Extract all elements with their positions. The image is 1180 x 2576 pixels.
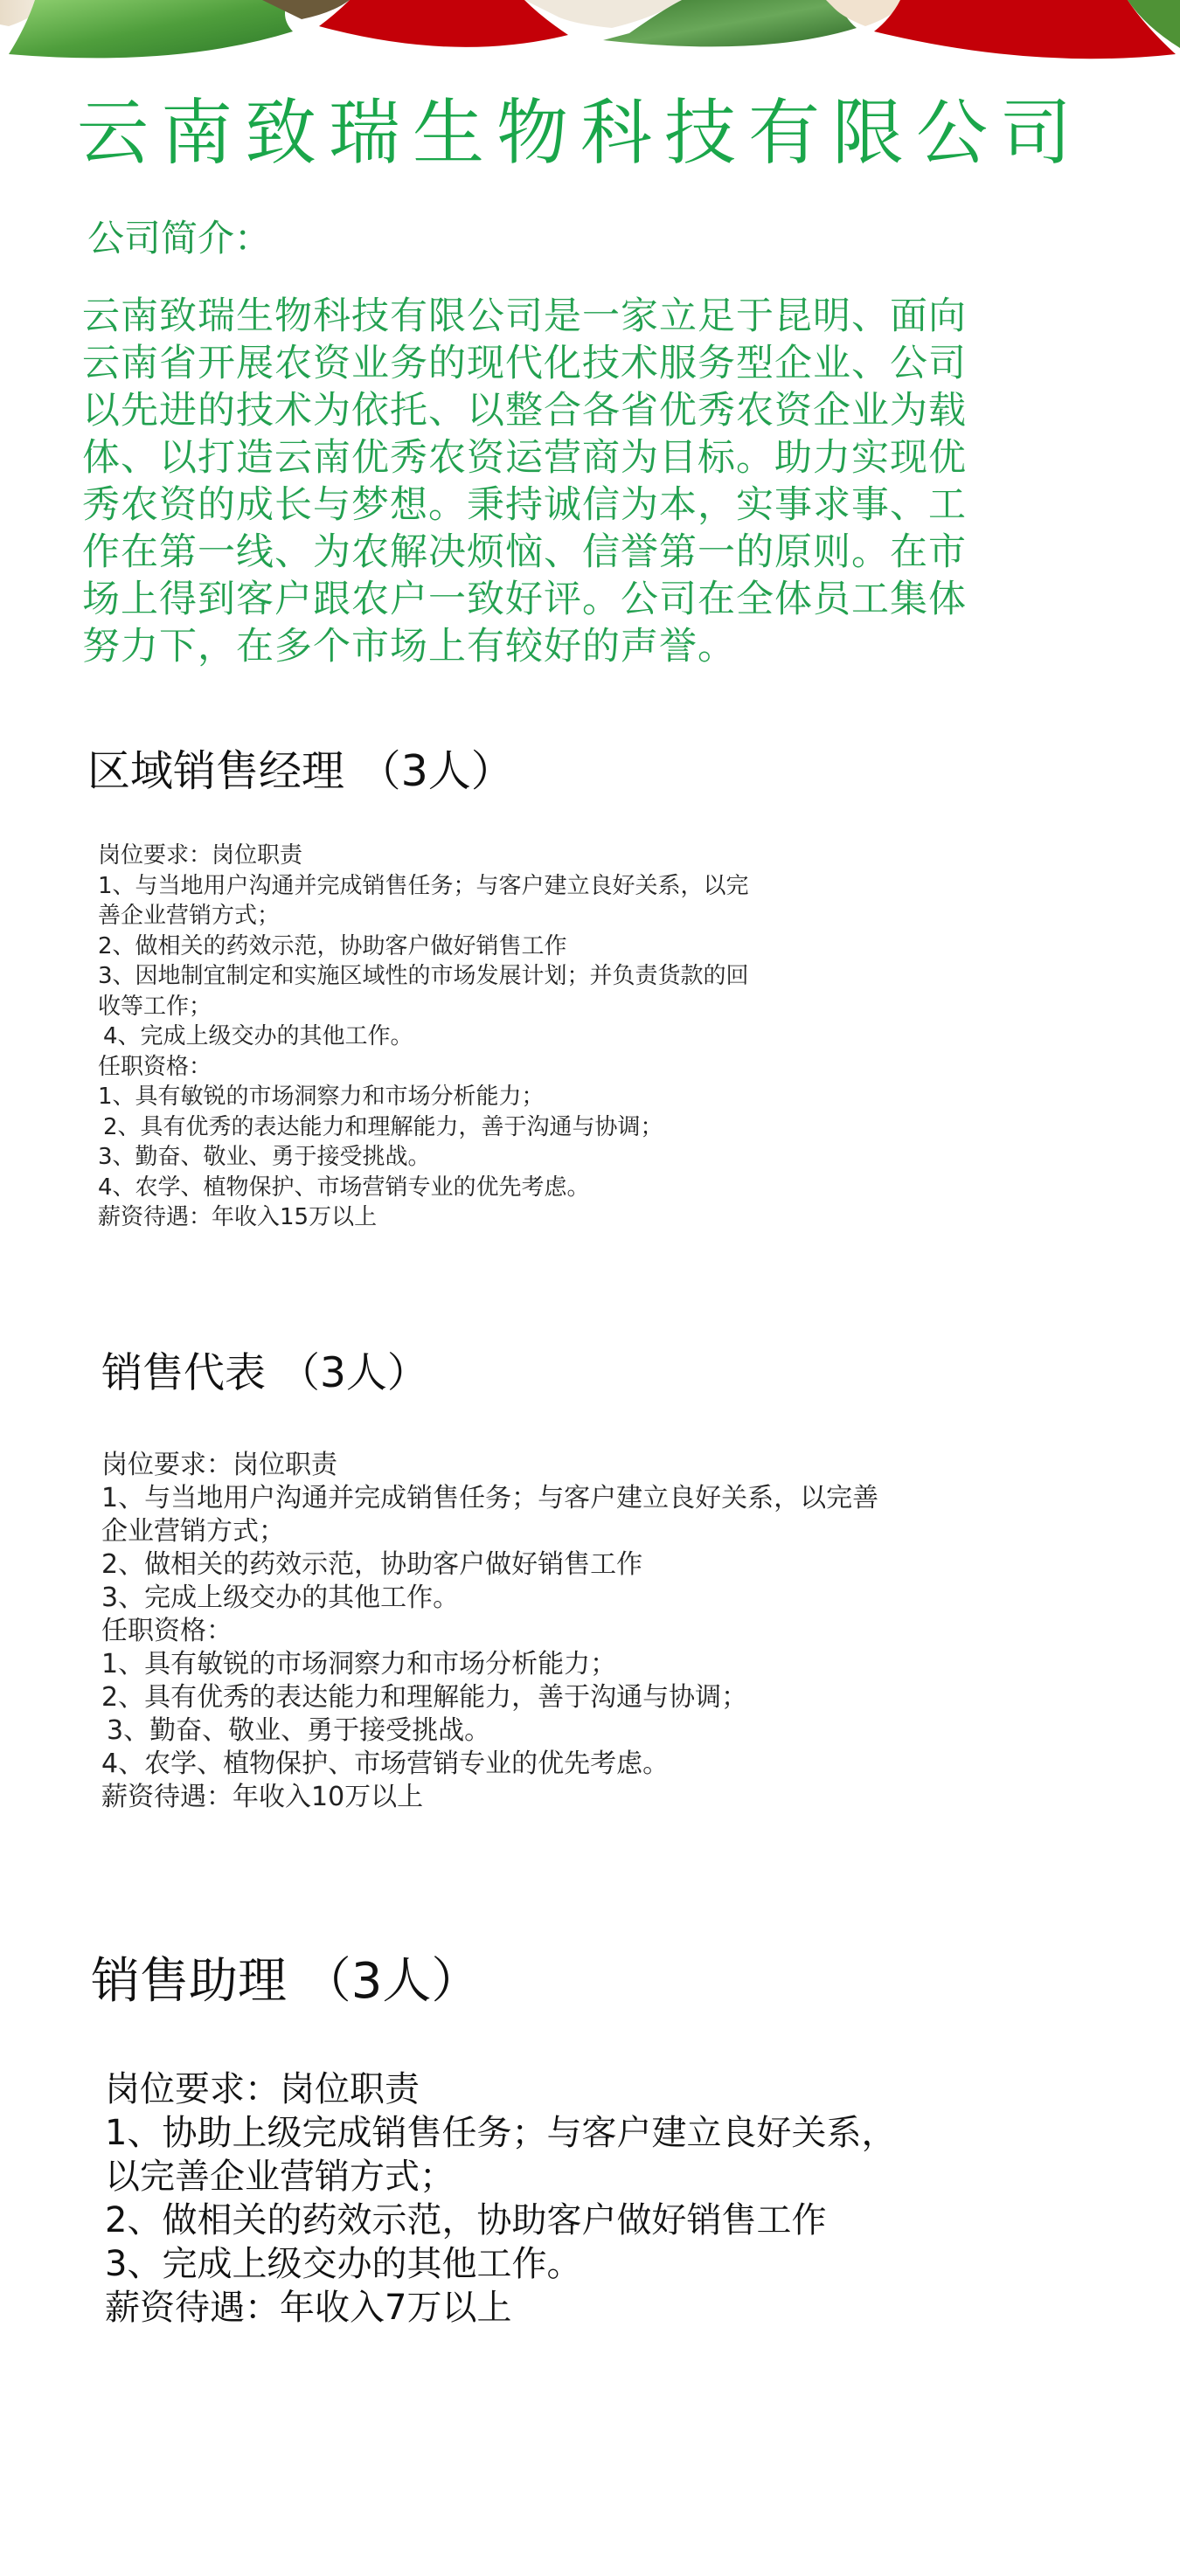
intro-line: 作在第一线、为农解决烦恼、信誉第一的原则。在市 [82,529,1061,576]
job-line: 2、具有优秀的表达能力和理解能力，善于沟通与协调； [98,1112,749,1143]
job-line: 2、做相关的药效示范，协助客户做好销售工作 [98,931,749,962]
job-line: 任职资格： [101,1615,878,1648]
intro-line: 努力下，在多个市场上有较好的声誉。 [82,623,1061,670]
company-title: 云南致瑞生物科技有限公司 [77,98,1126,170]
job-line: 岗位要求：岗位职责 [105,2067,896,2111]
intro-line: 云南致瑞生物科技有限公司是一家立足于昆明、面向 [82,293,1061,340]
job-line: 2、做相关的药效示范，协助客户做好销售工作 [101,1548,878,1582]
job-line: 任职资格： [98,1052,749,1083]
job-line: 3、完成上级交办的其他工作。 [101,1582,878,1615]
job-line: 企业营销方式； [101,1515,878,1548]
job-line: 3、勤奋、敬业、勇于接受挑战。 [101,1714,878,1748]
intro-line: 以先进的技术为依托、以整合各省优秀农资企业为载 [82,387,1061,434]
job-line: 3、完成上级交办的其他工作。 [105,2242,896,2286]
job-title: 销售助理 （3人） [91,1957,480,2006]
intro-body: 云南致瑞生物科技有限公司是一家立足于昆明、面向 云南省开展农资业务的现代化技术服… [82,293,1061,670]
intro-line: 体、以打造云南优秀农资运营商为目标。助力实现优 [82,434,1061,481]
job-line: 4、农学、植物保护、市场营销专业的优先考虑。 [101,1748,878,1781]
job-line: 1、与当地用户沟通并完成销售任务；与客户建立良好关系，以完善 [101,1482,878,1515]
job-line: 1、协助上级完成销售任务；与客户建立良好关系， [105,2111,896,2155]
job-line: 3、勤奋、敬业、勇于接受挑战。 [98,1142,749,1173]
job-line: 1、具有敏锐的市场洞察力和市场分析能力； [101,1648,878,1681]
job-line: 4、完成上级交办的其他工作。 [98,1021,749,1052]
job-line: 4、农学、植物保护、市场营销专业的优先考虑。 [98,1173,749,1203]
job-line: 1、具有敏锐的市场洞察力和市场分析能力； [98,1082,749,1112]
banner-graphic [0,0,1180,70]
intro-line: 秀农资的成长与梦想。秉持诚信为本，实事求事、工 [82,481,1061,529]
header-banner [0,0,1180,70]
job-line: 2、做相关的药效示范，协助客户做好销售工作 [105,2199,896,2242]
intro-line: 云南省开展农资业务的现代化技术服务型企业、公司 [82,340,1061,387]
job-line: 善企业营销方式； [98,901,749,931]
intro-heading: 公司简介： [87,220,271,257]
job-description: 岗位要求：岗位职责 1、与当地用户沟通并完成销售任务；与客户建立良好关系，以完善… [101,1449,878,1814]
job-line: 岗位要求：岗位职责 [98,841,749,871]
job-line: 收等工作； [98,992,749,1022]
intro-line: 场上得到客户跟农户一致好评。公司在全体员工集体 [82,576,1061,623]
job-salary: 薪资待遇：年收入10万以上 [101,1781,878,1814]
job-salary: 薪资待遇：年收入7万以上 [105,2286,896,2330]
job-title: 区域销售经理 （3人） [87,750,514,793]
job-line: 以完善企业营销方式； [105,2155,896,2199]
job-line: 3、因地制宜制定和实施区域性的市场发展计划；并负责货款的回 [98,961,749,992]
job-title: 销售代表 （3人） [101,1353,428,1394]
job-description: 岗位要求：岗位职责 1、协助上级完成销售任务；与客户建立良好关系， 以完善企业营… [105,2067,896,2330]
job-salary: 薪资待遇：年收入15万以上 [98,1202,749,1233]
job-line: 2、具有优秀的表达能力和理解能力，善于沟通与协调； [101,1681,878,1714]
job-line: 1、与当地用户沟通并完成销售任务；与客户建立良好关系，以完 [98,871,749,902]
job-line: 岗位要求：岗位职责 [101,1449,878,1482]
job-description: 岗位要求：岗位职责 1、与当地用户沟通并完成销售任务；与客户建立良好关系，以完 … [98,841,749,1233]
